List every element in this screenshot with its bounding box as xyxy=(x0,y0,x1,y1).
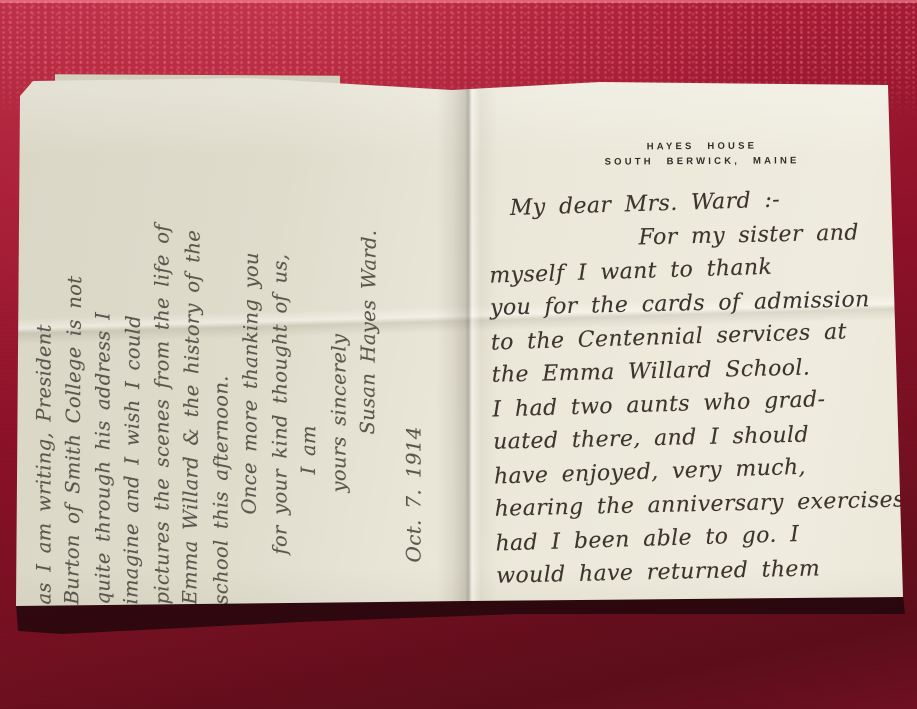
date-line: Oct. 7. 1914 xyxy=(400,95,430,563)
left-page-rotated-text: as I am writing, President Burton of Smi… xyxy=(30,95,445,605)
handwritten-line: for your kind thought of us, xyxy=(266,95,296,555)
handwritten-line: yours sincerely xyxy=(325,95,355,493)
right-page-text: My dear Mrs. Ward :- For my sister and m… xyxy=(487,181,914,592)
handwritten-line: Burton of Smith College is not xyxy=(57,94,91,604)
handwritten-line: Once more thanking you xyxy=(234,94,267,514)
photo-of-letter: as I am writing, President Burton of Smi… xyxy=(0,0,917,709)
handwritten-line: school this afternoon. xyxy=(207,95,237,605)
handwritten-line: imagine and I wish I could xyxy=(116,94,150,604)
handwritten-line: I am xyxy=(293,94,326,474)
handwritten-line: as I am writing, President xyxy=(30,95,60,605)
handwritten-line: Emma Willard & the history of the xyxy=(175,94,209,604)
letterhead-line-2: SOUTH BERWICK, MAINE xyxy=(588,153,816,170)
handwritten-line: pictures the scenes from the life of xyxy=(148,95,178,605)
center-fold-crease xyxy=(436,70,498,615)
letterhead-line-1: HAYES HOUSE xyxy=(588,138,816,155)
letterhead: HAYES HOUSE SOUTH BERWICK, MAINE xyxy=(588,138,816,170)
handwritten-line: quite through his address I xyxy=(89,95,119,605)
signature-line: Susan Hayes Ward. xyxy=(353,94,385,434)
